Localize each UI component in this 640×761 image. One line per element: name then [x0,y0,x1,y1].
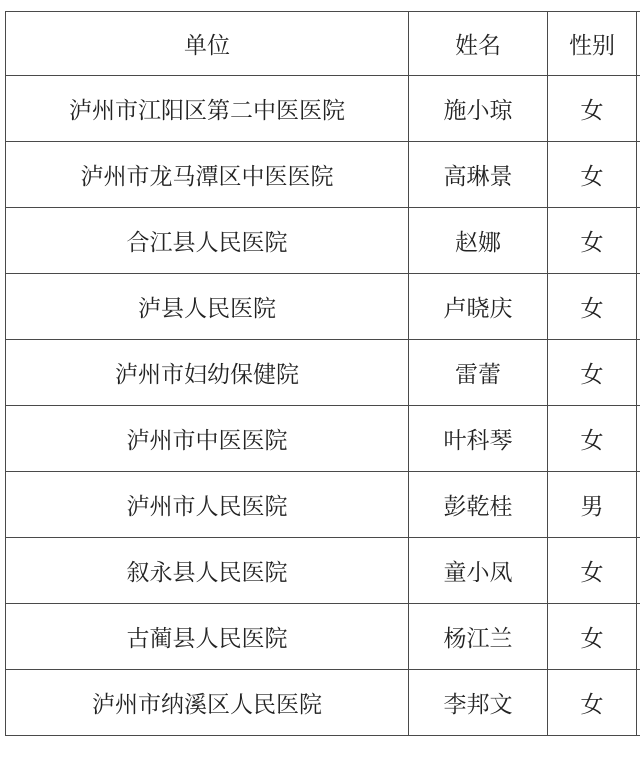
header-unit: 单位 [6,12,409,76]
roster-table: 单位 姓名 性别 泸州市江阳区第二中医医院 施小琼 女 泸州市龙马潭区中医医院 … [5,11,640,736]
cell-extra [637,142,640,208]
cell-unit: 泸州市人民医院 [6,472,409,538]
cell-extra [637,274,640,340]
cell-extra [637,340,640,406]
cell-unit: 泸州市龙马潭区中医医院 [6,142,409,208]
table-row: 泸州市龙马潭区中医医院 高琳景 女 [6,142,640,208]
cell-name: 杨江兰 [409,604,548,670]
cell-gender: 女 [548,142,637,208]
table-row: 合江县人民医院 赵娜 女 [6,208,640,274]
cell-gender: 女 [548,208,637,274]
cell-extra [637,76,640,142]
cell-name: 童小凤 [409,538,548,604]
cell-unit: 泸州市纳溪区人民医院 [6,670,409,736]
cell-unit: 古蔺县人民医院 [6,604,409,670]
cell-unit: 泸州市江阳区第二中医医院 [6,76,409,142]
table-header-row: 单位 姓名 性别 [6,12,640,76]
cell-gender: 女 [548,340,637,406]
cell-unit: 叙永县人民医院 [6,538,409,604]
table-row: 泸州市中医医院 叶科琴 女 [6,406,640,472]
table-row: 泸州市妇幼保健院 雷蕾 女 [6,340,640,406]
cell-extra [637,406,640,472]
table-row: 泸县人民医院 卢晓庆 女 [6,274,640,340]
cell-gender: 女 [548,274,637,340]
header-name: 姓名 [409,12,548,76]
cell-name: 雷蕾 [409,340,548,406]
table-row: 古蔺县人民医院 杨江兰 女 [6,604,640,670]
cell-name: 李邦文 [409,670,548,736]
header-gender: 性别 [548,12,637,76]
table-row: 泸州市江阳区第二中医医院 施小琼 女 [6,76,640,142]
cell-unit: 泸州市中医医院 [6,406,409,472]
table-row: 叙永县人民医院 童小凤 女 [6,538,640,604]
cell-extra [637,472,640,538]
cell-extra [637,604,640,670]
cell-name: 赵娜 [409,208,548,274]
cell-gender: 女 [548,538,637,604]
cell-unit: 合江县人民医院 [6,208,409,274]
cell-extra [637,208,640,274]
cell-gender: 男 [548,472,637,538]
cell-gender: 女 [548,76,637,142]
cell-unit: 泸州市妇幼保健院 [6,340,409,406]
cell-name: 施小琼 [409,76,548,142]
cell-extra [637,538,640,604]
cell-gender: 女 [548,604,637,670]
header-extra [637,12,640,76]
cell-name: 彭乾桂 [409,472,548,538]
cell-unit: 泸县人民医院 [6,274,409,340]
table-row: 泸州市纳溪区人民医院 李邦文 女 [6,670,640,736]
cell-name: 卢晓庆 [409,274,548,340]
cell-gender: 女 [548,670,637,736]
table-row: 泸州市人民医院 彭乾桂 男 [6,472,640,538]
cell-extra [637,670,640,736]
cell-name: 叶科琴 [409,406,548,472]
cell-gender: 女 [548,406,637,472]
cell-name: 高琳景 [409,142,548,208]
